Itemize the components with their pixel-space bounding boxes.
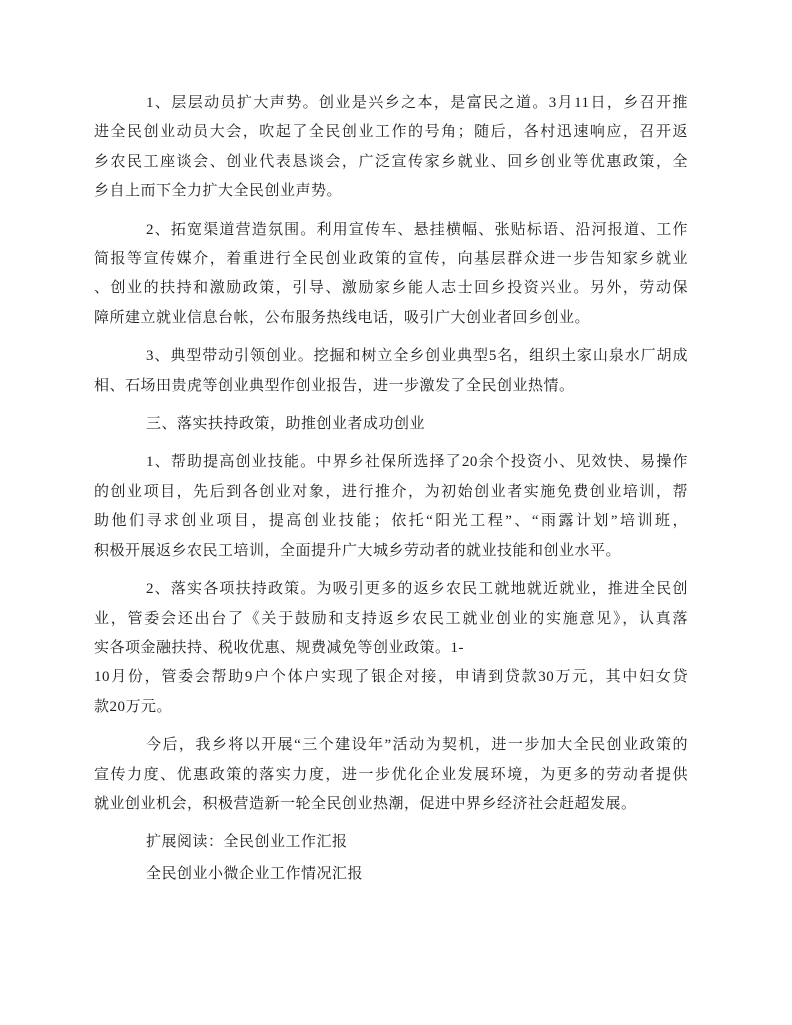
text-line: 扩展阅读：全民创业工作汇报	[94, 828, 688, 857]
paragraph: 2、拓宽渠道营造氛围。利用宣传车、悬挂横幅、张贴标语、沿河报道、工作 简报等宣传…	[94, 216, 688, 334]
text-line: 业，管委会还出台了《关于鼓励和支持返乡农民工就业创业的实施意见》，认真落	[94, 605, 688, 634]
text-line: 10月份，管委会帮助9户个体户实现了银企对接，申请到贷款30万元，其中妇女贷	[94, 663, 688, 692]
text-line: 障所建立就业信息台帐，公布服务热线电话，吸引广大创业者回乡创业。	[94, 304, 688, 333]
paragraph: 2、落实各项扶持政策。为吸引更多的返乡农民工就地就近就业，推进全民创 业，管委会…	[94, 575, 688, 722]
text-line: 进全民创业动员大会，吹起了全民创业工作的号角；随后，各村迅速响应，召开返	[94, 118, 688, 147]
paragraph: 三、落实扶持政策，助推创业者成功创业	[94, 410, 688, 439]
text-line: 1、帮助提高创业技能。中界乡社保所选择了20余个投资小、见效快、易操作	[94, 448, 688, 477]
text-line: 2、落实各项扶持政策。为吸引更多的返乡农民工就地就近就业，推进全民创	[94, 575, 688, 604]
text-line: 2、拓宽渠道营造氛围。利用宣传车、悬挂横幅、张贴标语、沿河报道、工作	[94, 216, 688, 245]
paragraph: 3、典型带动引领创业。挖掘和树立全乡创业典型5名，组织土家山泉水厂胡成 相、石场…	[94, 342, 688, 401]
text-line: 3、典型带动引领创业。挖掘和树立全乡创业典型5名，组织土家山泉水厂胡成	[94, 342, 688, 371]
document-content: 1、层层动员扩大声势。创业是兴乡之本，是富民之道。3月11日，乡召开推 进全民创…	[94, 89, 688, 889]
text-line: 助他们寻求创业项目，提高创业技能；依托“阳光工程”、“雨露计划”培训班，	[94, 507, 688, 536]
text-line: 全民创业小微企业工作情况汇报	[94, 860, 688, 889]
text-line: 就业创业机会，积极营造新一轮全民创业热潮，促进中界乡经济社会赶超发展。	[94, 790, 688, 819]
paragraph: 今后，我乡将以开展“三个建设年”活动为契机，进一步加大全民创业政策的 宣传力度、…	[94, 731, 688, 819]
paragraph: 扩展阅读：全民创业工作汇报	[94, 828, 688, 857]
text-line: 1、层层动员扩大声势。创业是兴乡之本，是富民之道。3月11日，乡召开推	[94, 89, 688, 118]
text-line: 相、石场田贵虎等创业典型作创业报告，进一步激发了全民创业热情。	[94, 372, 688, 401]
text-line: 宣传力度、优惠政策的落实力度，进一步优化企业发展环境，为更多的劳动者提供	[94, 761, 688, 790]
text-line: 款20万元。	[94, 693, 688, 722]
text-line: 乡农民工座谈会、创业代表恳谈会，广泛宣传家乡就业、回乡创业等优惠政策，全	[94, 148, 688, 177]
paragraph: 1、层层动员扩大声势。创业是兴乡之本，是富民之道。3月11日，乡召开推 进全民创…	[94, 89, 688, 207]
document-page: 1、层层动员扩大声势。创业是兴乡之本，是富民之道。3月11日，乡召开推 进全民创…	[0, 0, 792, 889]
text-line: 乡自上而下全力扩大全民创业声势。	[94, 177, 688, 206]
text-line: 的创业项目，先后到各创业对象，进行推介，为初始创业者实施免费创业培训，帮	[94, 478, 688, 507]
text-line: 、创业的扶持和激励政策，引导、激励家乡能人志士回乡投资兴业。另外，劳动保	[94, 274, 688, 303]
text-line: 今后，我乡将以开展“三个建设年”活动为契机，进一步加大全民创业政策的	[94, 731, 688, 760]
text-line: 实各项金融扶持、税收优惠、规费减免等创业政策。1-	[94, 634, 688, 663]
text-line: 简报等宣传媒介，着重进行全民创业政策的宣传，向基层群众进一步告知家乡就业	[94, 245, 688, 274]
paragraph: 1、帮助提高创业技能。中界乡社保所选择了20余个投资小、见效快、易操作 的创业项…	[94, 448, 688, 566]
paragraph: 全民创业小微企业工作情况汇报	[94, 860, 688, 889]
text-line: 积极开展返乡农民工培训，全面提升广大城乡劳动者的就业技能和创业水平。	[94, 537, 688, 566]
section-heading: 三、落实扶持政策，助推创业者成功创业	[94, 410, 688, 439]
